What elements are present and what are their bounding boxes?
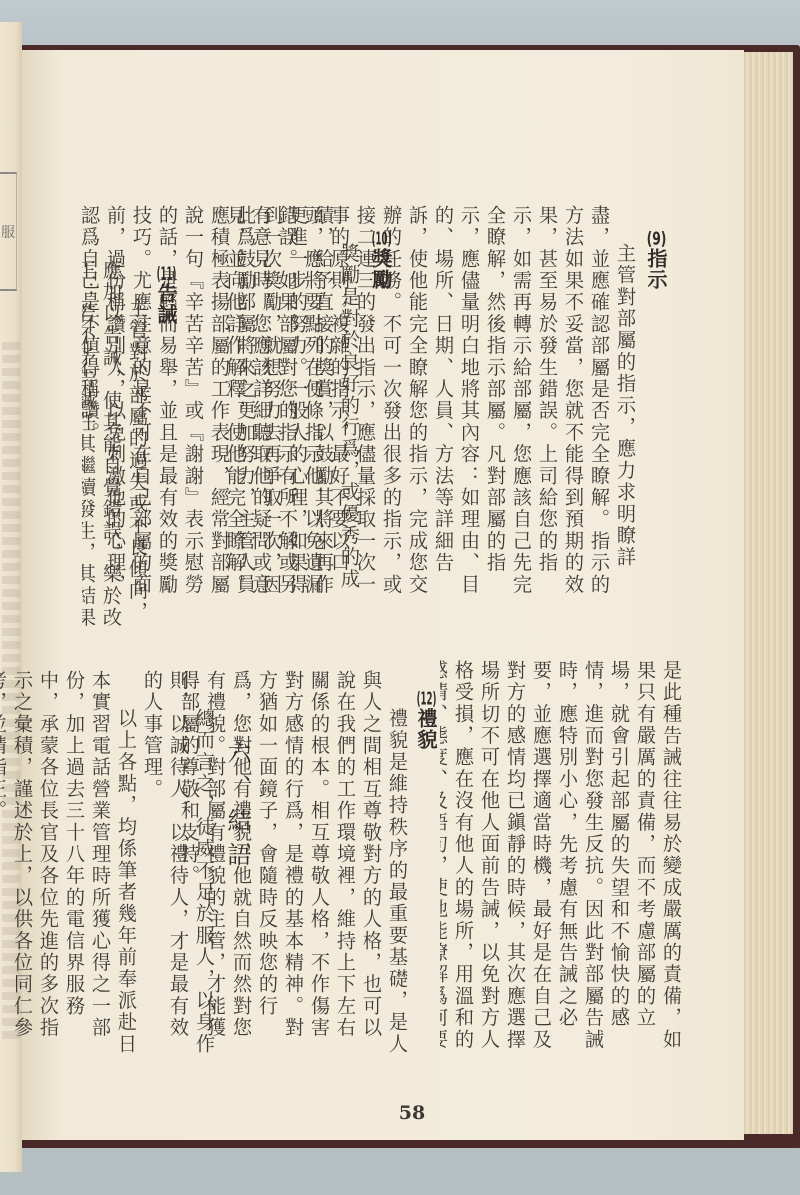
section-11-paragraph: 主管對於部屬的過失或不良傾向，應加以告誡，使其能自覺錯誤，樂於改正；若不予告誡任…	[82, 260, 150, 630]
conclusion-heading: 六、結語	[220, 740, 255, 876]
section-10-number: (10)	[371, 230, 392, 248]
section-9-heading: (9)指示	[642, 230, 671, 290]
section-9-body: 主管對部屬的指示，應力求明瞭詳盡，並應確認部屬是否完全瞭解。指示的方法如果不妥當…	[398, 205, 638, 605]
section-9-number: (9)	[646, 230, 667, 248]
previous-page-title-box: 服	[0, 172, 17, 291]
section-12-title: 禮貌	[414, 708, 438, 750]
conclusion-paragraph-1: 總而言之，徒威不足於服人，以身作則，以誠待人，以禮待人，才是最有效的人事管理。	[139, 670, 217, 1060]
section-11-body-lower: 是此種告誡往往易於變成嚴厲的責備，如果只有嚴厲的責備，而不考慮部屬的立場，就會引…	[440, 660, 684, 1055]
section-10-title: 獎勵	[369, 248, 393, 290]
background-top	[0, 0, 800, 50]
section-11-title: 告誡	[154, 283, 178, 325]
section-12-number: (12)	[416, 690, 437, 708]
previous-page-title-fragment: 服	[1, 222, 15, 242]
section-12-body: 禮貌是維持秩序的最重要基礎，是人與人之間相互尊敬對方的人格，也可以說在我們的工作…	[260, 670, 410, 1060]
conclusion-paragraph-2: 以上各點，均係筆者幾年前奉派赴日本實習電話營業管理時所獲心得之一部份，加上過去三…	[0, 670, 139, 1060]
background-bottom	[0, 1148, 800, 1195]
book-page: (9)指示 主管對部屬的指示，應力求明瞭詳盡，並應確認部屬是否完全瞭解。指示的方…	[22, 50, 744, 1140]
section-11-number: (11)	[156, 265, 177, 283]
page-edges	[742, 52, 793, 1134]
section-10-heading: (10)獎勵	[367, 230, 396, 290]
page-number: 58	[382, 1102, 442, 1124]
section-11-body-upper: 主管對於部屬的過失或不良傾向，應加以告誡，使其能自覺錯誤，樂於改正；若不予告誡任…	[82, 260, 150, 630]
section-10-body: 獎勵是對於良好的行爲，或優秀的成績，給予直接的獎賞，以鼓勵其將來再作更進一步的努…	[180, 205, 362, 605]
conclusion-body: 總而言之，徒威不足於服人，以身作則，以誠待人，以禮待人，才是最有效的人事管理。 …	[82, 670, 217, 1060]
section-11-continuation: 是此種告誡往往易於變成嚴厲的責備，如果只有嚴厲的責備，而不考慮部屬的立場，就會引…	[440, 660, 683, 1051]
section-11-heading: (11)告誡	[152, 265, 181, 325]
section-9-title: 指示	[644, 248, 668, 290]
section-12-heading: (12)禮貌	[412, 690, 441, 750]
